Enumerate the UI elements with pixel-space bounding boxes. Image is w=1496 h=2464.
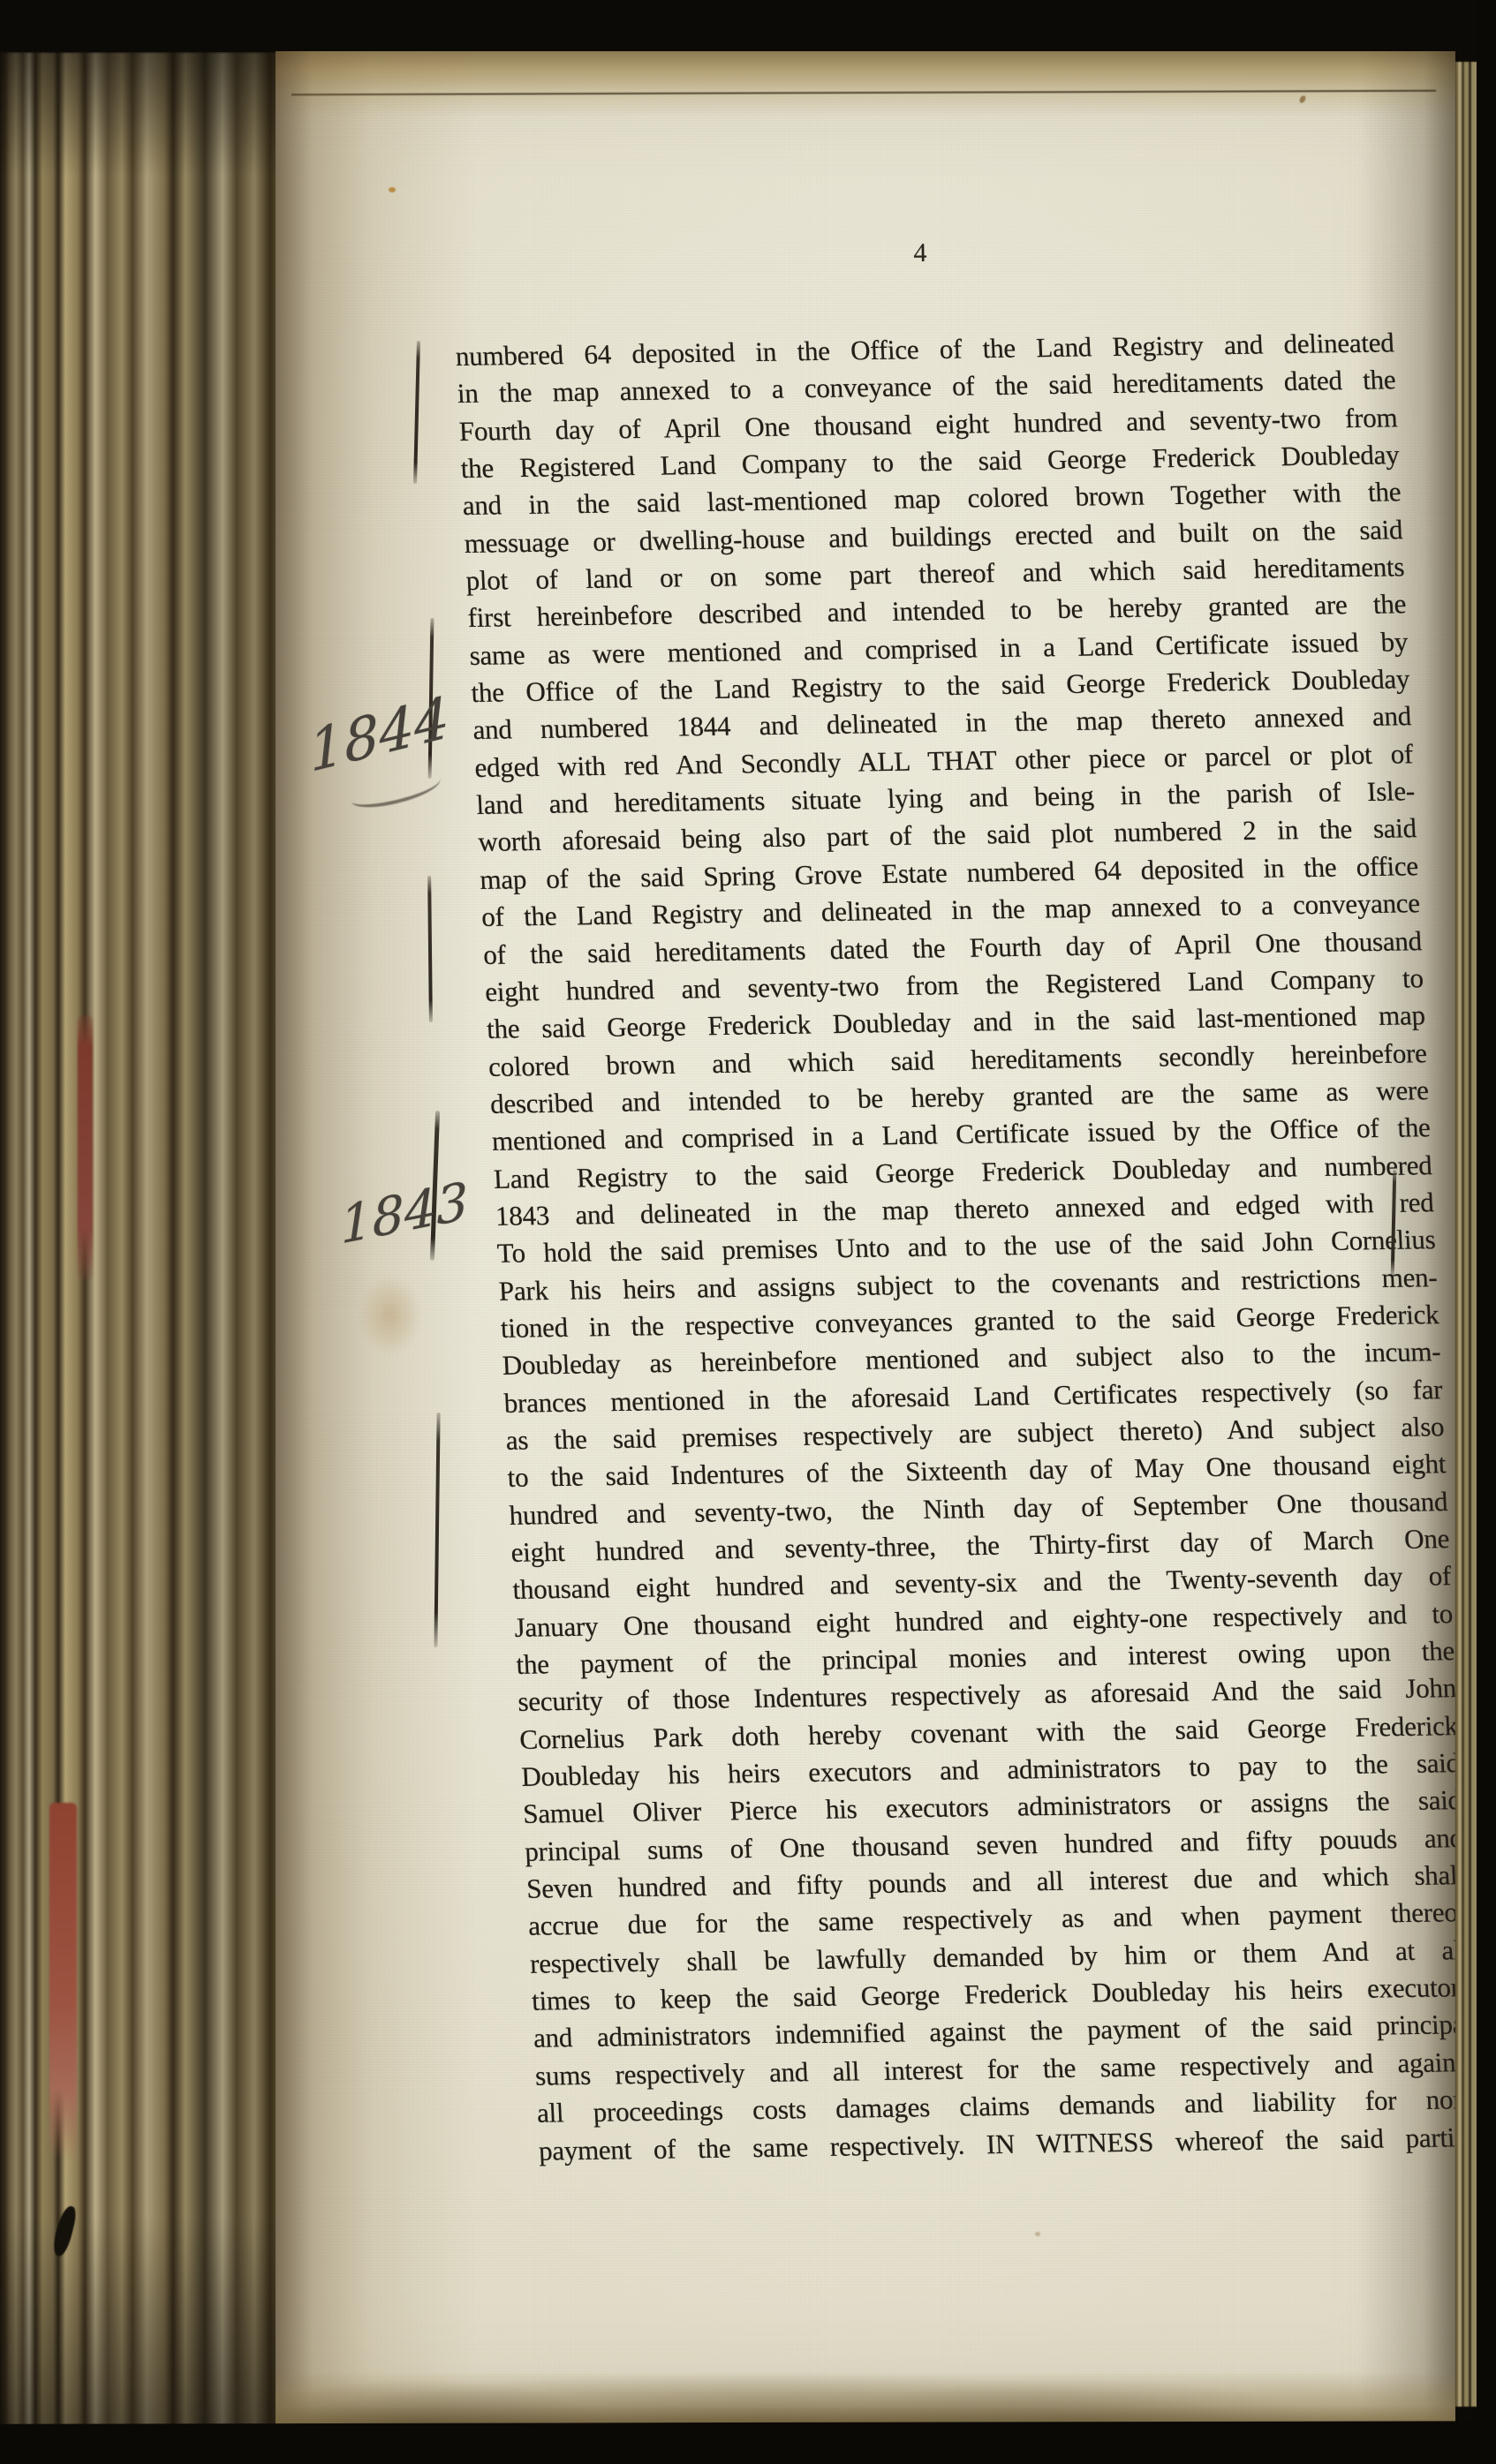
page-bottom-stains — [276, 2348, 1455, 2428]
adjacent-page-edge-strip — [1455, 62, 1478, 2407]
foxing-speck — [1035, 2232, 1040, 2236]
handwriting-smudge — [359, 1275, 422, 1356]
scanned-book-photo: 4 numbered 64 deposited in the Office of… — [0, 0, 1496, 2464]
red-page-edge-mark-upper — [78, 1015, 93, 1280]
foxing-speck — [389, 187, 396, 192]
page-number: 4 — [894, 237, 948, 268]
background-top-band — [0, 0, 1496, 51]
deed-text-block: numbered 64 deposited in the Office of t… — [455, 324, 1477, 2169]
book-page: 4 numbered 64 deposited in the Office of… — [276, 51, 1455, 2428]
background-bottom-band — [0, 2421, 1496, 2464]
page-stack-shading — [0, 53, 293, 2437]
red-page-edge-mark-lower — [49, 1803, 77, 2160]
background-right-band — [1477, 0, 1496, 2464]
